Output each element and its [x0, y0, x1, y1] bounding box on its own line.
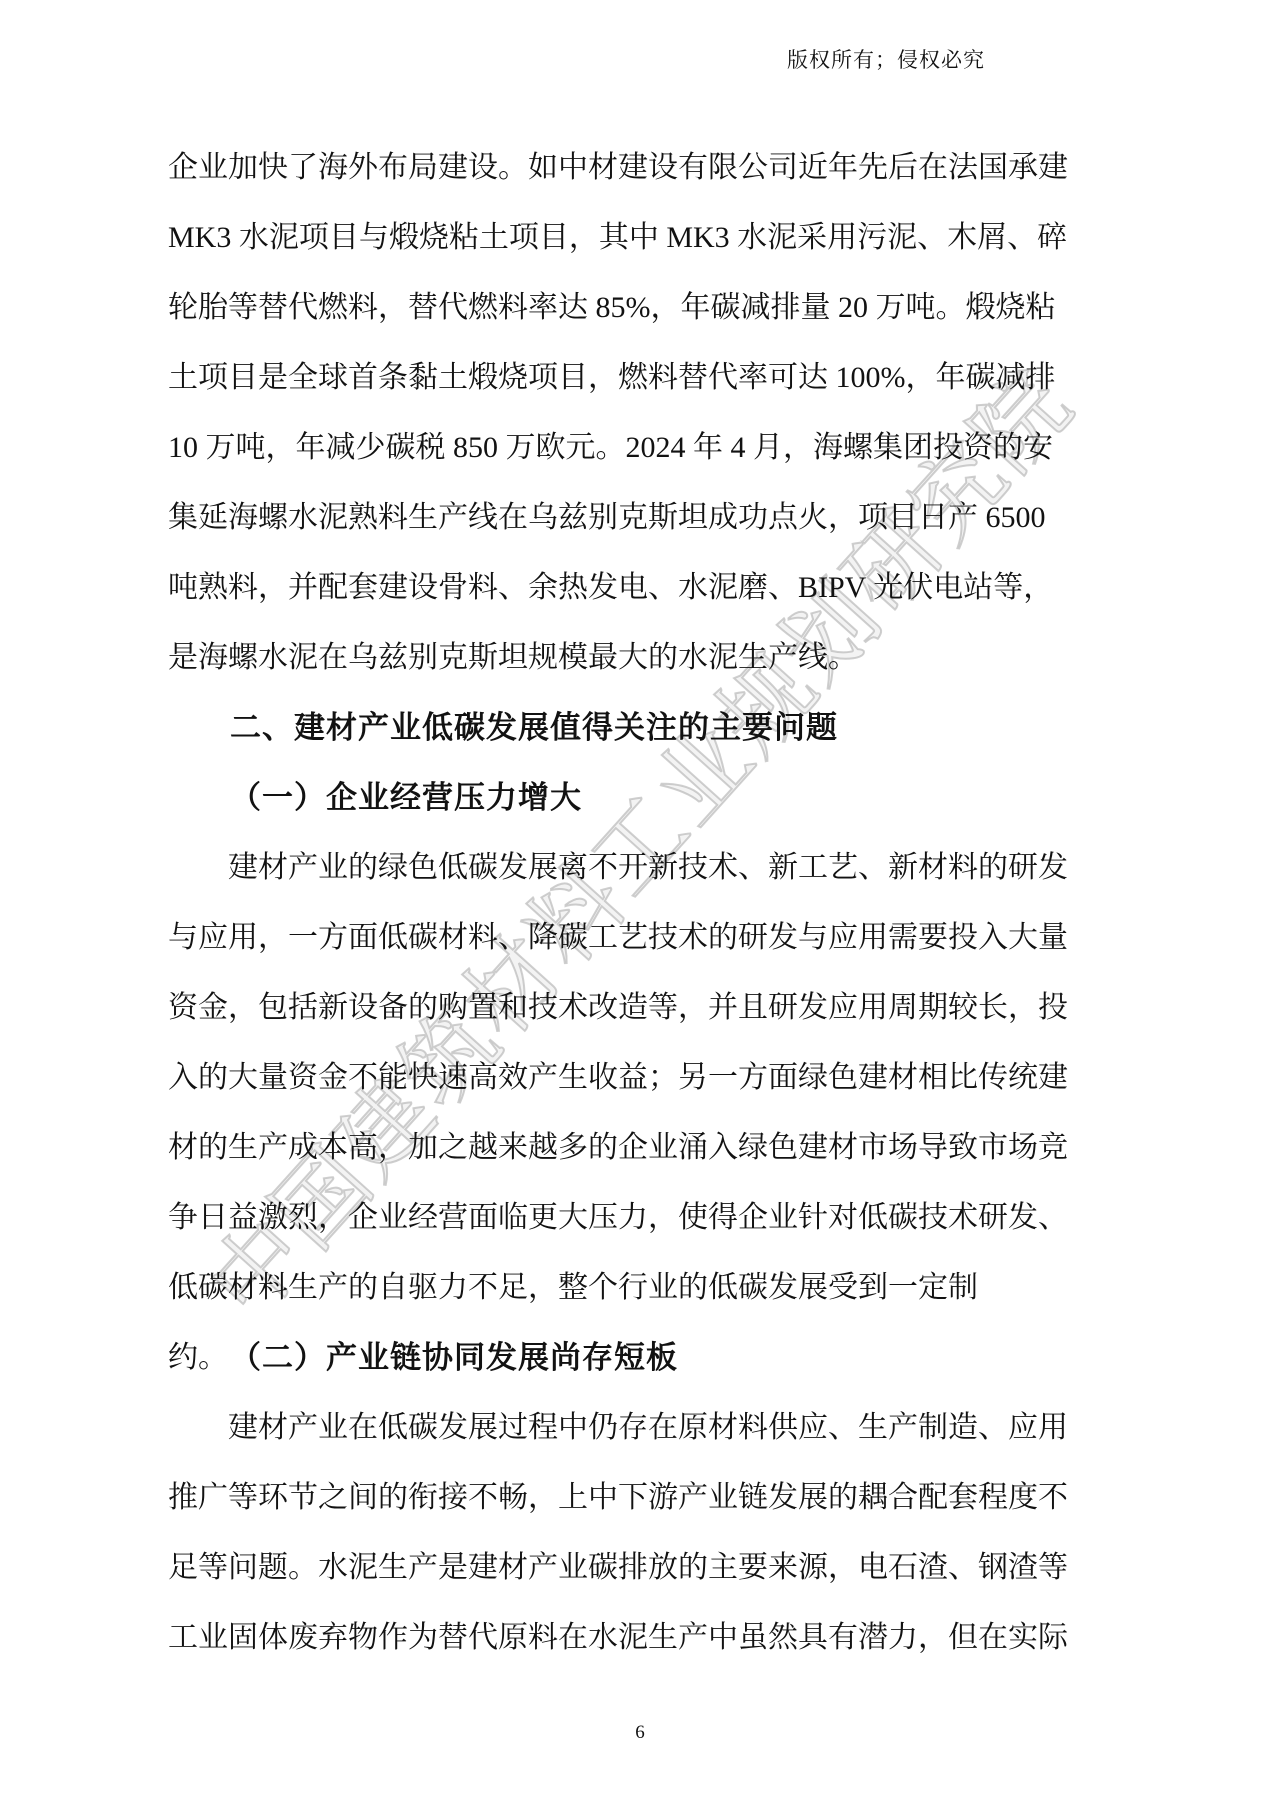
paragraph-line: 建材产业在低碳发展过程中仍存在原材料供应、生产制造、应用	[168, 1393, 988, 1463]
paragraph-line: 吨熟料，并配套建设骨料、余热发电、水泥磨、BIPV 光伏电站等，	[168, 553, 988, 623]
paragraph-line: 企业加快了海外布局建设。如中材建设有限公司近年先后在法国承建	[168, 133, 988, 203]
paragraph-line: 是海螺水泥在乌兹别克斯坦规模最大的水泥生产线。	[168, 623, 988, 693]
page-body: 企业加快了海外布局建设。如中材建设有限公司近年先后在法国承建 MK3 水泥项目与…	[168, 133, 988, 1673]
subsection-heading: （二）产业链协同发展尚存短板	[168, 1323, 988, 1393]
subsection-heading: （一）企业经营压力增大	[168, 763, 988, 833]
paragraph-line: MK3 水泥项目与煅烧粘土项目，其中 MK3 水泥采用污泥、木屑、碎	[168, 203, 988, 273]
paragraph-line: 推广等环节之间的衔接不畅，上中下游产业链发展的耦合配套程度不	[168, 1463, 988, 1533]
paragraph-line: 争日益激烈，企业经营面临更大压力，使得企业针对低碳技术研发、	[168, 1183, 988, 1253]
paragraph-line: 工业固体废弃物作为替代原料在水泥生产中虽然具有潜力，但在实际	[168, 1603, 988, 1673]
copyright-notice: 版权所有；侵权必究	[787, 44, 985, 74]
paragraph-line: 集延海螺水泥熟料生产线在乌兹别克斯坦成功点火，项目日产 6500	[168, 483, 988, 553]
paragraph-line: 与应用，一方面低碳材料、降碳工艺技术的研发与应用需要投入大量	[168, 903, 988, 973]
paragraph-line: 资金，包括新设备的购置和技术改造等，并且研发应用周期较长，投	[168, 973, 988, 1043]
section-heading: 二、建材产业低碳发展值得关注的主要问题	[168, 693, 988, 763]
paragraph-line: 建材产业的绿色低碳发展离不开新技术、新工艺、新材料的研发	[168, 833, 988, 903]
paragraph-line: 土项目是全球首条黏土煅烧项目，燃料替代率可达 100%，年碳减排	[168, 343, 988, 413]
paragraph-line: 材的生产成本高，加之越来越多的企业涌入绿色建材市场导致市场竞	[168, 1113, 988, 1183]
paragraph-line: 低碳材料生产的自驱力不足，整个行业的低碳发展受到一定制约。	[168, 1253, 988, 1323]
page-number: 6	[0, 1722, 1280, 1744]
paragraph-line: 入的大量资金不能快速高效产生收益；另一方面绿色建材相比传统建	[168, 1043, 988, 1113]
document-page: 版权所有；侵权必究 中国建筑材料工业规划研究院 企业加快了海外布局建设。如中材建…	[0, 0, 1280, 1810]
paragraph-line: 足等问题。水泥生产是建材产业碳排放的主要来源，电石渣、钢渣等	[168, 1533, 988, 1603]
paragraph-line: 轮胎等替代燃料，替代燃料率达 85%，年碳减排量 20 万吨。煅烧粘	[168, 273, 988, 343]
paragraph-line: 10 万吨，年减少碳税 850 万欧元。2024 年 4 月，海螺集团投资的安	[168, 413, 988, 483]
